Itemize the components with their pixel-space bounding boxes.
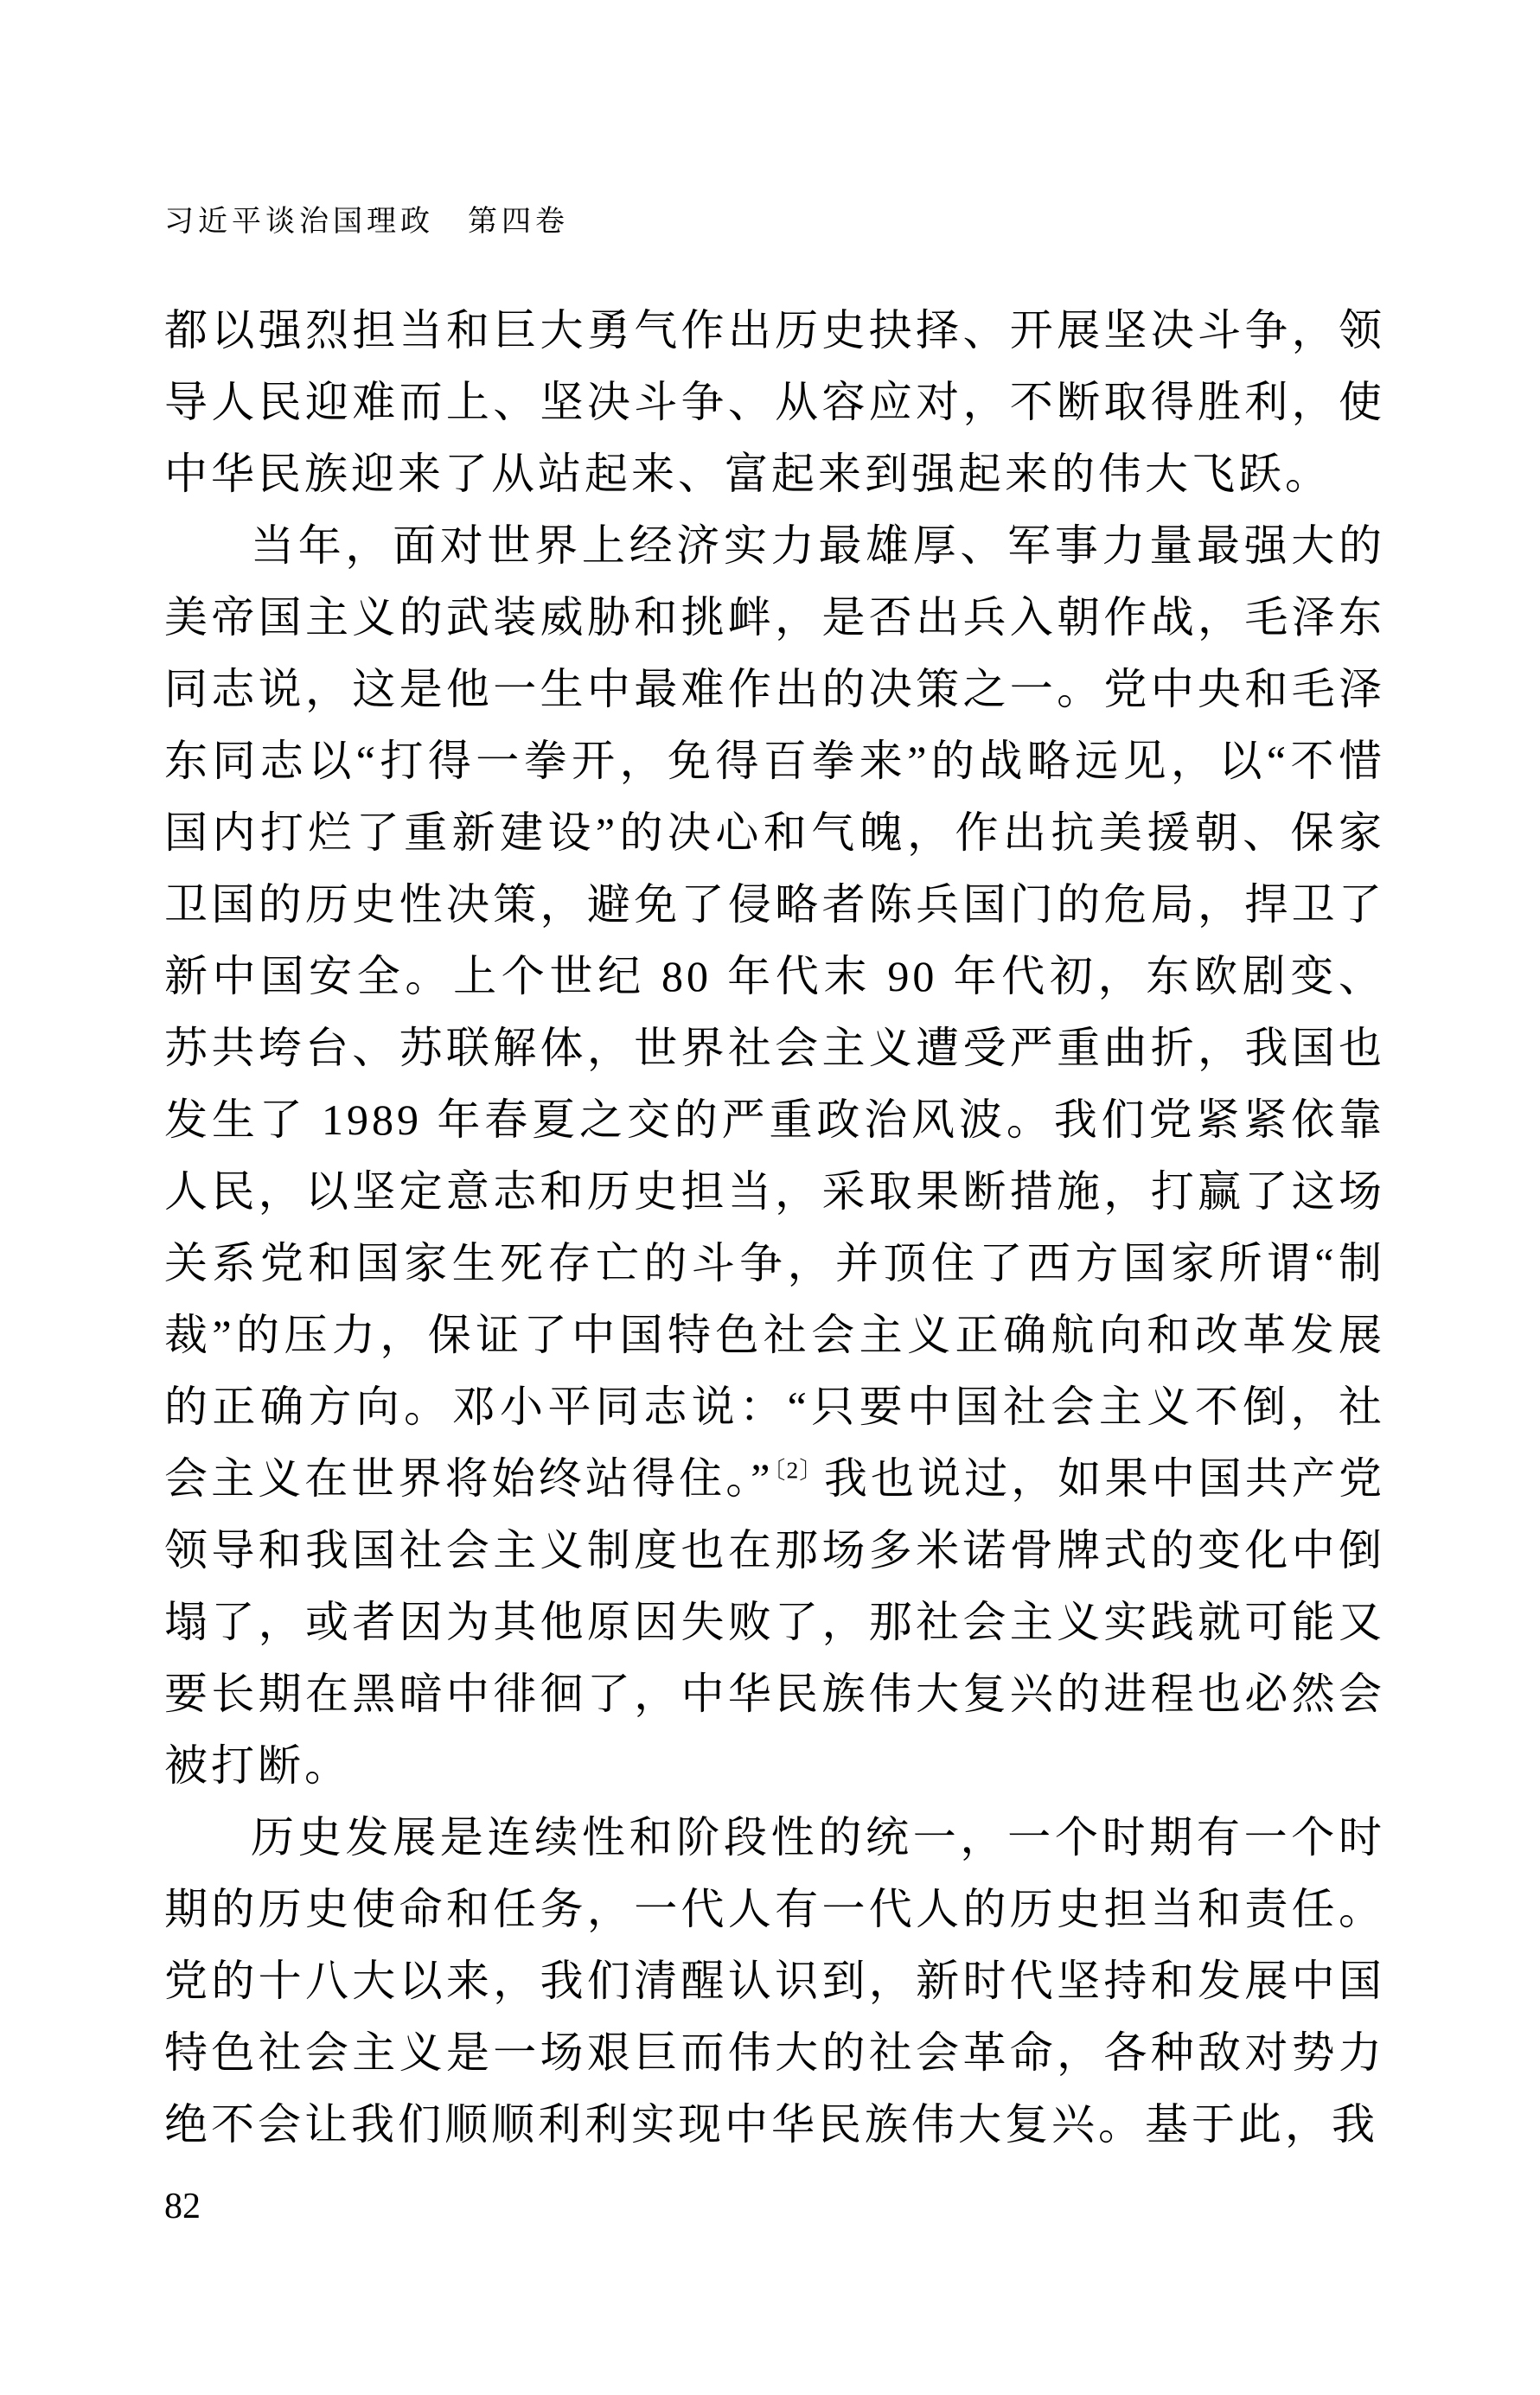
page-number: 82 <box>164 2186 201 2227</box>
paragraph-text: 当年，面对世界上经济实力最雄厚、军事力量最强大的美帝国主义的武装威胁和挑衅，是否… <box>164 521 1385 1503</box>
paragraph: 当年，面对世界上经济实力最雄厚、军事力量最强大的美帝国主义的武装威胁和挑衅，是否… <box>164 510 1385 1802</box>
paragraph: 历史发展是连续性和阶段性的统一，一个时期有一个时期的历史使命和任务，一代人有一代… <box>164 1802 1385 2161</box>
paragraph-text: 我也说过，如果中国共产党领导和我国社会主义制度也在那场多米诺骨牌式的变化中倒塌了… <box>164 1454 1385 1790</box>
footnote-marker: 〔2〕 <box>774 1456 824 1483</box>
book-page: 习近平谈治国理政 第四卷 都以强烈担当和巨大勇气作出历史抉择、开展坚决斗争，领导… <box>0 0 1540 2395</box>
paragraph-continuation: 都以强烈担当和巨大勇气作出历史抉择、开展坚决斗争，领导人民迎难而上、坚决斗争、从… <box>164 295 1385 510</box>
running-header: 习近平谈治国理政 第四卷 <box>164 197 569 239</box>
page-body: 都以强烈担当和巨大勇气作出历史抉择、开展坚决斗争，领导人民迎难而上、坚决斗争、从… <box>164 295 1385 2161</box>
